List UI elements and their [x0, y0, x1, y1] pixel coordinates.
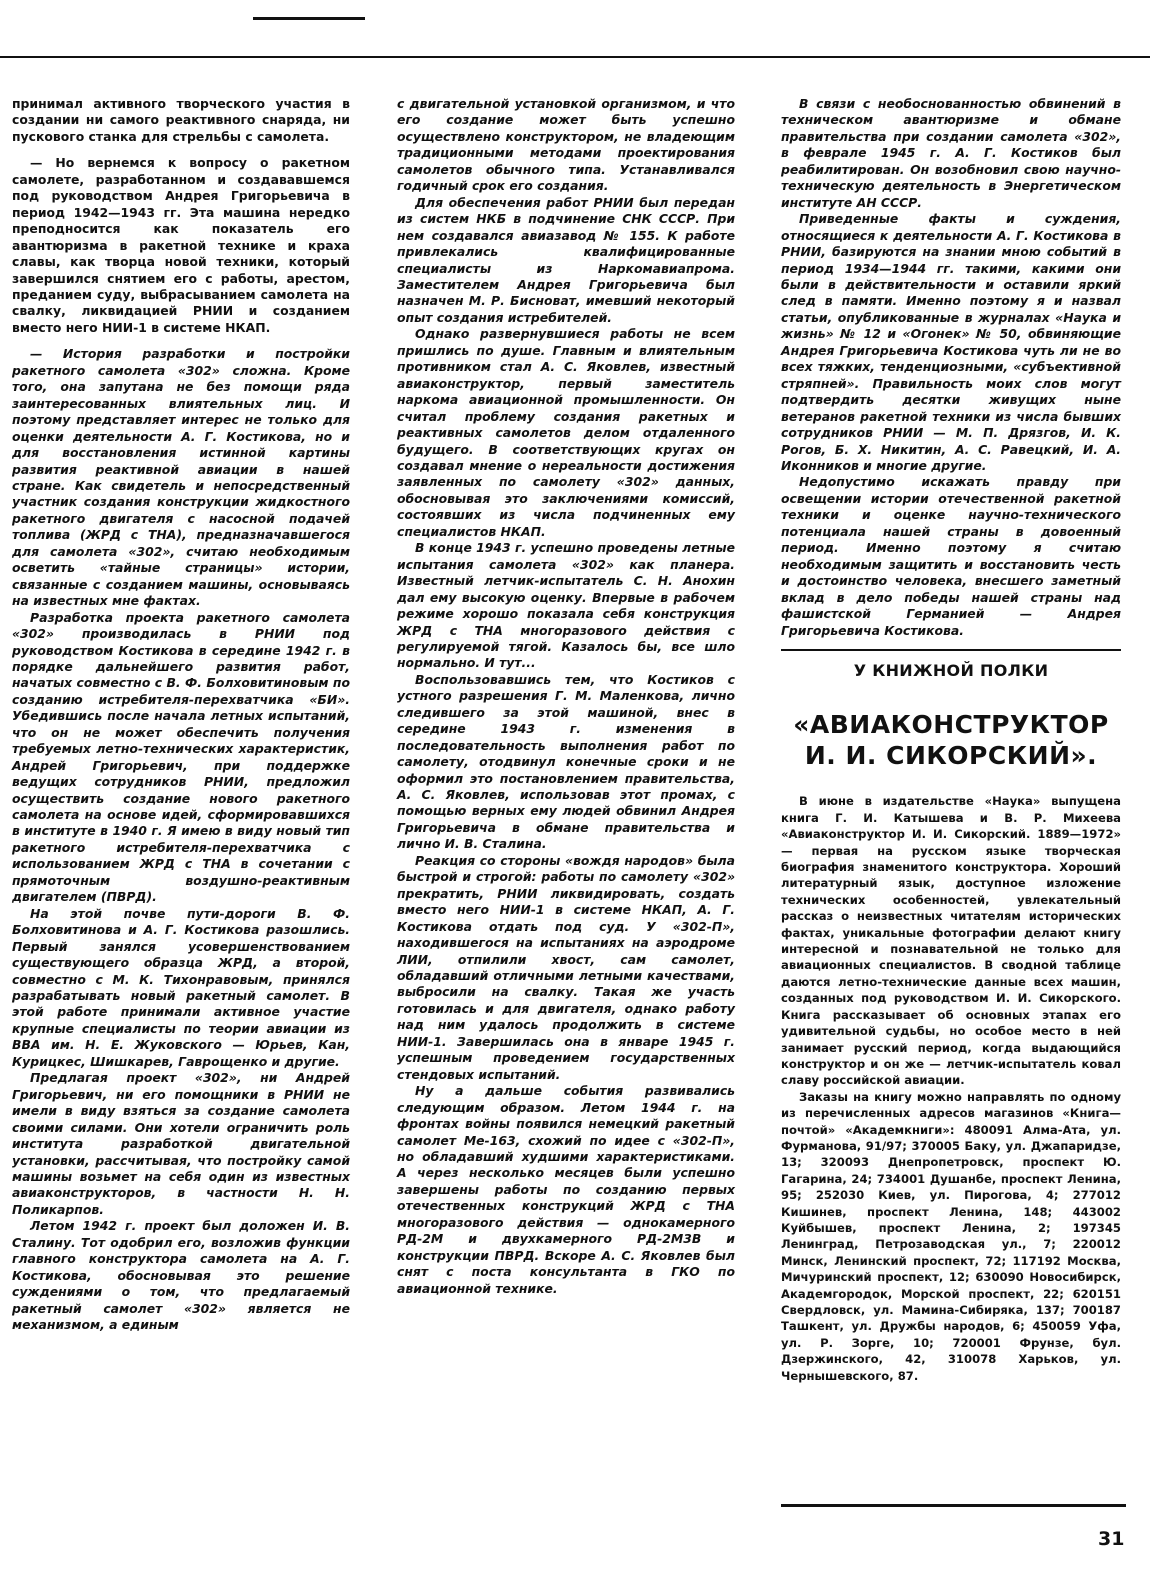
article-column-right: В связи с необоснованностью обвинений в …	[781, 96, 1121, 1384]
paragraph: Реакция со стороны «вождя народов» была …	[397, 853, 735, 1083]
paragraph: Разработка проекта ракетного самолета «3…	[12, 610, 350, 906]
book-review-body: В июне в издательстве «Наука» выпущена к…	[781, 793, 1121, 1384]
paragraph: В связи с необоснованностью обвинений в …	[781, 96, 1121, 211]
paragraph: Заказы на книгу можно направлять по одно…	[781, 1089, 1121, 1384]
paragraph: принимал активного творческого участия в…	[12, 96, 350, 145]
section-divider	[781, 649, 1121, 651]
article-column-left: принимал активного творческого участия в…	[12, 96, 350, 1334]
paragraph: В конце 1943 г. успешно проведены летные…	[397, 540, 735, 672]
page-number: 31	[1098, 1528, 1124, 1550]
paragraph: Летом 1942 г. проект был доложен И. В. С…	[12, 1218, 350, 1333]
book-title-line: «АВИАКОНСТРУКТОР	[781, 709, 1121, 740]
paragraph: Ну а дальше события развивались следующи…	[397, 1083, 735, 1297]
paragraph: — Но вернемся к вопросу о ракетном самол…	[12, 155, 350, 336]
footer-rule	[781, 1504, 1126, 1507]
paragraph: В июне в издательстве «Наука» выпущена к…	[781, 793, 1121, 1088]
paragraph: с двигательной установкой организмом, и …	[397, 96, 735, 195]
paragraph: Предлагая проект «302», ни Андрей Григор…	[12, 1070, 350, 1218]
book-title: «АВИАКОНСТРУКТОР И. И. СИКОРСКИЙ».	[781, 709, 1121, 771]
header-short-rule	[253, 17, 365, 20]
paragraph: Однако развернувшиеся работы не всем при…	[397, 326, 735, 540]
header-rule	[0, 56, 1150, 58]
paragraph: Приведенные факты и суждения, относящиес…	[781, 211, 1121, 474]
paragraph: Недопустимо искажать правду при освещени…	[781, 474, 1121, 639]
book-title-line: И. И. СИКОРСКИЙ».	[781, 740, 1121, 771]
paragraph: — История разработки и постройки ракетно…	[12, 346, 350, 609]
article-column-middle: с двигательной установкой организмом, и …	[397, 96, 735, 1297]
paragraph: На этой почве пути-дороги В. Ф. Болховит…	[12, 906, 350, 1071]
paragraph: Воспользовавшись тем, что Костиков с уст…	[397, 672, 735, 853]
paragraph: Для обеспечения работ РНИИ был передан и…	[397, 195, 735, 327]
section-label: У КНИЖНОЙ ПОЛКИ	[781, 663, 1121, 679]
